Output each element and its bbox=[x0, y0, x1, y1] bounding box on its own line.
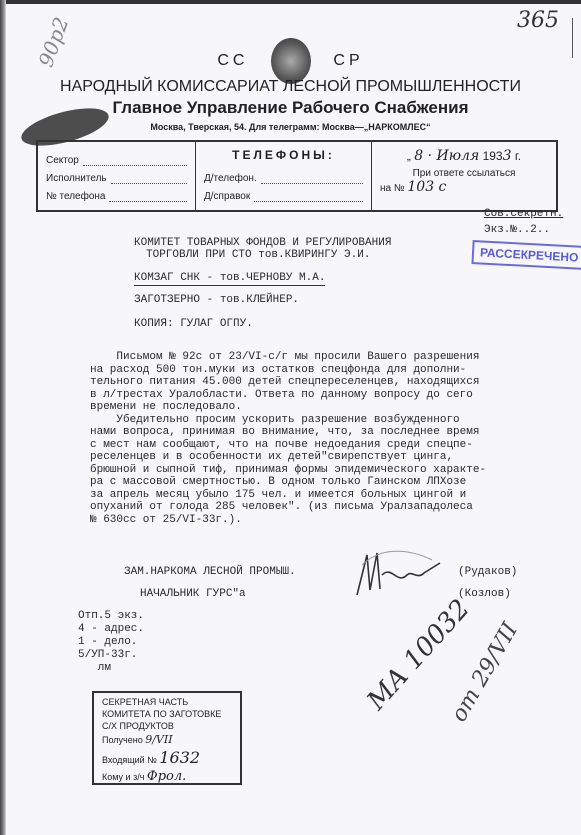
sector-label: Сектор bbox=[46, 155, 79, 166]
page-number: 365 bbox=[517, 8, 559, 33]
body-paragraph-2: Убедительно просим ускорить разрешение в… bbox=[90, 414, 486, 527]
handwritten-signature bbox=[352, 545, 442, 600]
scan-top-edge bbox=[0, 0, 581, 4]
secret-marking: Сов.секретн. bbox=[484, 208, 563, 221]
form-col-date: „ 8 · Июля 1933 г. При ответе ссылаться … bbox=[372, 142, 556, 210]
addressee-1-cont: ТОРГОВЛИ ПРИ СТО тов.КВИРИНГУ Э.И. bbox=[146, 249, 370, 262]
form-col-sender: Сектор Исполнитель № телефона bbox=[38, 142, 196, 210]
form-col-phones: ТЕЛЕФОНЫ: Д/телефон. Д/справок bbox=[196, 142, 372, 210]
country-left: СС bbox=[217, 52, 248, 69]
signatory-title-2: НАЧАЛЬНИК ГУРС"а bbox=[140, 588, 246, 601]
inquiry-label: Д/справок bbox=[204, 191, 250, 202]
copy-to: КОПИЯ: ГУЛАГ ОГПУ. bbox=[134, 318, 253, 331]
phone-no-field bbox=[109, 191, 187, 202]
letter-body: Письмом № 92с от 23/VI-с/г мы просили Ва… bbox=[90, 351, 486, 526]
body-paragraph-1: Письмом № 92с от 23/VI-с/г мы просили Ва… bbox=[90, 351, 486, 414]
sector-field bbox=[83, 155, 187, 166]
addressee-2: КОМЗАГ СНК - тов.ЧЕРНОВУ М.А. bbox=[134, 272, 325, 286]
signatory-name-1: (Рудаков) bbox=[458, 566, 517, 579]
reply-ref-label: При ответе ссылаться bbox=[380, 168, 548, 179]
header-form-box: Сектор Исполнитель № телефона ТЕЛЕФОНЫ: … bbox=[36, 140, 558, 212]
direct-phone-field bbox=[261, 173, 363, 184]
inquiry-field bbox=[254, 191, 363, 202]
distribution-list: Отп.5 экз.4 - адрес.1 - дело.5/УП-33г. л… bbox=[78, 610, 144, 675]
signatory-title-1: ЗАМ.НАРКОМА ЛЕСНОЙ ПРОМЫШ. bbox=[124, 566, 296, 579]
phone-no-label: № телефона bbox=[46, 191, 105, 202]
document-date: „ 8 · Июля 1933 г. bbox=[380, 148, 548, 164]
copy-number: Экз.№..2.. bbox=[484, 224, 550, 237]
registration-stamp: СЕКРЕТНАЯ ЧАСТЬ КОМИТЕТА ПО ЗАГОТОВКЕ С/… bbox=[92, 691, 242, 785]
ministry-title: НАРОДНЫЙ КОМИССАРИАТ ЛЕСНОЙ ПРОМЫШЛЕННОС… bbox=[0, 78, 581, 96]
letterhead-address: Москва, Тверская, 54. Для телеграмм: Мос… bbox=[0, 122, 581, 132]
addressee-1: КОМИТЕТ ТОВАРНЫХ ФОНДОВ И РЕГУЛИРОВАНИЯ bbox=[134, 237, 391, 250]
addressee-3: ЗАГОТЗЕРНО - тов.КЛЕЙНЕР. bbox=[134, 294, 299, 307]
declassified-stamp: РАССЕКРЕЧЕНО bbox=[471, 240, 581, 270]
incoming-number: 1632 bbox=[159, 748, 200, 767]
date-handwritten: 8 · Июля bbox=[414, 148, 479, 164]
direct-phone-label: Д/телефон. bbox=[204, 173, 257, 184]
diagonal-handwritten-date: от 29/VII bbox=[447, 619, 524, 727]
country-right: СР bbox=[333, 52, 363, 69]
signatory-name-2: (Козлов) bbox=[458, 588, 511, 601]
executor-label: Исполнитель bbox=[46, 173, 107, 184]
phones-title: ТЕЛЕФОНЫ: bbox=[204, 148, 363, 162]
department-title: Главное Управление Рабочего Снабжения bbox=[0, 98, 581, 118]
reply-number: на № 103 с bbox=[380, 179, 548, 195]
executor-field bbox=[111, 173, 187, 184]
